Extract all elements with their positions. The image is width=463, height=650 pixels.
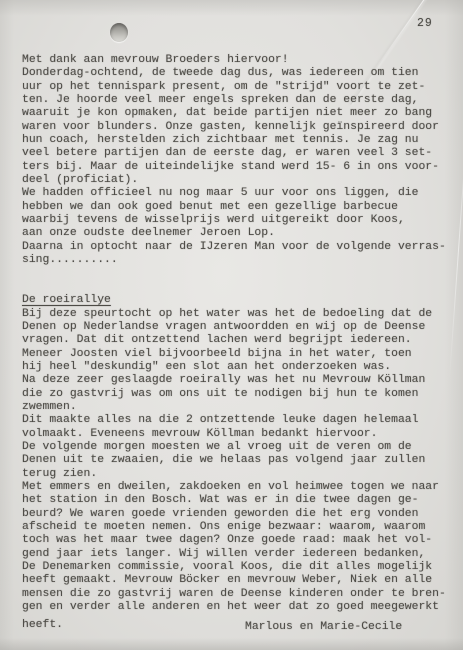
text-line: aan onze oudste deelnemer Jeroen Lop.: [22, 227, 452, 240]
text-line: sing..........: [22, 254, 452, 267]
text-line: Daarna in optocht naar de IJzeren Man vo…: [22, 241, 452, 254]
text-line: Meneer Joosten viel bijvoorbeeld bijna i…: [22, 348, 452, 361]
text-line: volmaakt. Eveneens mevrouw Köllman bedan…: [22, 428, 452, 441]
text-line: gen en verder alle anderen en het weer d…: [22, 601, 452, 614]
document-text: Met dank aan mevrouw Broeders hiervoor!D…: [22, 54, 452, 633]
text-line: Denen op Nederlandse vragen antwoordden …: [22, 321, 452, 334]
text-line: die zo gastvrij was om ons uit te nodige…: [22, 388, 452, 401]
text-line: terug zien.: [22, 468, 452, 481]
paragraph-roeirallye: Bij deze speurtocht op het water was het…: [22, 308, 452, 615]
text-line: Met emmers en dweilen, zakdoeken en vol …: [22, 481, 452, 494]
page-number: 29: [417, 17, 433, 30]
text-line: het station in den Bosch. Wat was er in …: [22, 494, 452, 507]
text-line: waarbij tevens de wisselprijs werd uitge…: [22, 214, 452, 227]
text-line: toch was het maar twee dagen? Onze goede…: [22, 534, 452, 547]
text-line: Donderdag-ochtend, de tweede dag dus, wa…: [22, 67, 452, 80]
text-line: ters bij. Maar de uiteindelijke stand we…: [22, 161, 452, 174]
text-line: hun coach, herstelden zich zichtbaar met…: [22, 134, 452, 147]
text-line: afscheid te moeten nemen. Ons enige bezw…: [22, 521, 452, 534]
text-line: ten. Je hoorde veel meer engels spreken …: [22, 94, 452, 107]
text-line: Na deze zeer geslaagde roeirally was het…: [22, 374, 452, 387]
section-heading-roeirallye: De roeirallye: [22, 294, 452, 307]
text-line: zwemmen.: [22, 401, 452, 414]
text-line: vragen. Dat dit ontzettend lachen werd b…: [22, 334, 452, 347]
text-line: veel betere partijen dan de eerste dag, …: [22, 147, 452, 160]
text-line: De volgende morgen moesten we al vroeg u…: [22, 441, 452, 454]
text-line: hij heel "deskundig" een slot aan het on…: [22, 361, 452, 374]
signature: Marlous en Marie-Cecile: [245, 621, 402, 634]
text-line: Denen uit te zwaaien, die we helaas pas …: [22, 454, 452, 467]
text-line: gend jaar iets langer. Wij willen verder…: [22, 548, 452, 561]
punch-hole: [110, 23, 128, 42]
text-line: waaruit je kon opmaken, dat beide partij…: [22, 107, 452, 120]
text-line: deel (proficiat).: [22, 174, 452, 187]
text-line: heeft gemaakt. Mevrouw Böcker en mevrouw…: [22, 574, 452, 587]
text-line: Bij deze speurtocht op het water was het…: [22, 308, 452, 321]
text-line: uur op het tennispark present, om de "st…: [22, 81, 452, 94]
text-line: waren voor blunders. Onze gasten, kennel…: [22, 121, 452, 134]
text-line: Met dank aan mevrouw Broeders hiervoor!: [22, 54, 452, 67]
text-line: beurd? We waren goede vrienden geworden …: [22, 508, 452, 521]
text-line: hebben we dan ook goed benut met een gez…: [22, 201, 452, 214]
text-line: We hadden officieel nu nog maar 5 uur vo…: [22, 187, 452, 200]
text-line: De Denemarken commissie, vooral Koos, di…: [22, 561, 452, 574]
text-line: Dit maakte alles na die 2 ontzettende le…: [22, 414, 452, 427]
scanned-page: 29 Met dank aan mevrouw Broeders hiervoo…: [0, 0, 463, 650]
paragraph-tennis-day: Met dank aan mevrouw Broeders hiervoor!D…: [22, 54, 452, 268]
text-line: mensen die zo gastvrij waren de Deense k…: [22, 588, 452, 601]
